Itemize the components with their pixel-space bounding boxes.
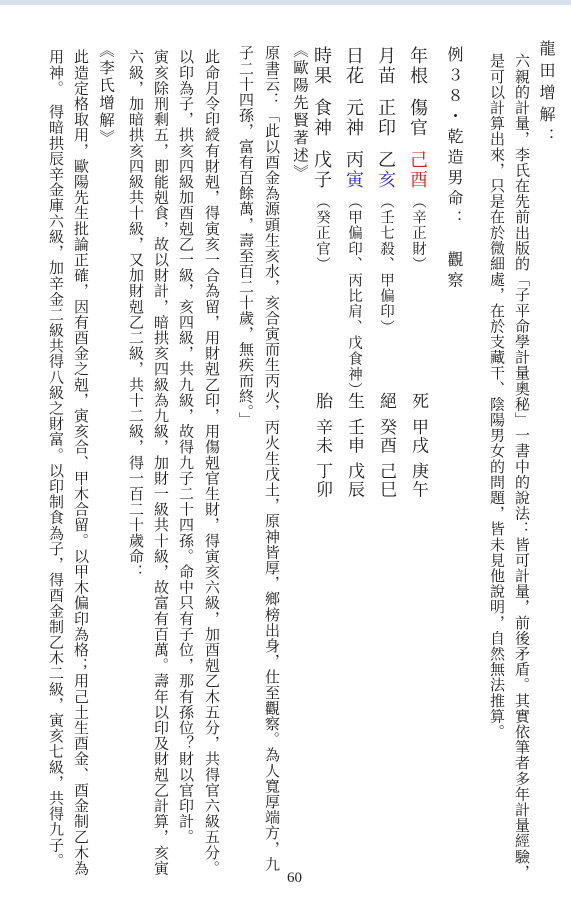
li-paragraph-col-1: 此造定格取用，歐陽先生批論正確，因有酉金之剋，寅亥合、甲木合留。以甲木偏印為格；… <box>68 49 92 876</box>
pillar-month-branch: 亥 <box>376 170 396 190</box>
pillar-year-label: 年根 <box>408 46 428 86</box>
pillar-hour-ganzhi: 戊子 <box>312 150 332 190</box>
section-title-li: 《李氏增解》 <box>93 42 117 147</box>
pillar-month: 月苗正印乙亥（壬七殺、甲偏印） <box>373 46 399 335</box>
intro-paragraph-col-2: 是可以計算出來，只是在於微細處，在於支藏干、陰陽男女的問題，皆未見他說明，自然無… <box>484 53 508 739</box>
stage-day-stage: 生 <box>345 392 364 411</box>
pillar-day-ganzhi: 丙寅 <box>344 150 364 190</box>
pillar-hour-label: 時果 <box>312 46 332 86</box>
pillar-day-label: 日花 <box>344 46 364 86</box>
ouyang-paragraph-col-1: 原書云：「此以酉金為源頭生亥水，亥合寅而生丙火，丙火生戊土，原神皆厚，鄉榜出身，… <box>259 45 283 872</box>
li-paragraph-col-2: 用神。 得暗拱辰辛金庫六級，加辛金二級共得八級之財富。以印制食為子，得酉金制乙木… <box>43 49 67 868</box>
pillar-month-label: 月苗 <box>376 46 396 86</box>
pillar-year: 年根傷官己酉（辛正財） <box>405 46 431 273</box>
stage-month-ganzhi-1: 癸酉 <box>377 418 396 455</box>
stage-hour-ganzhi-1: 辛未 <box>313 418 332 455</box>
stage-row-hour: 胎辛未丁卯 <box>309 392 335 499</box>
pillar-day: 日花元神丙寅（甲偏印、丙比肩、戊食神） <box>341 46 367 398</box>
commentary-col-2: 以印為子，拱亥四級加酉剋乙一級，亥四級，共九級，故得九子二十四孫。命中只有子位，… <box>173 49 197 845</box>
pillar-day-branch: 寅 <box>344 170 364 190</box>
commentary-col-4: 六級，加暗拱亥四級共十級，又加財剋乙二級，共十二級，得一百二十歲命： <box>123 49 147 579</box>
pillar-month-god: 正印 <box>376 98 396 138</box>
commentary-col-1: 此命月令印綬有財剋，得寅亥一合為留，用財剋乙印，用傷剋官生財，得寅亥六級，加酉剋… <box>199 49 223 876</box>
page-number: 60 <box>287 870 302 887</box>
pillar-year-god: 傷官 <box>408 98 428 138</box>
pillar-hour-hidden-stems: （癸正官） <box>314 194 330 273</box>
stage-day-ganzhi-1: 壬申 <box>345 418 364 455</box>
stage-row-day: 生壬申戊辰 <box>341 392 367 499</box>
top-edge-strip <box>0 0 571 5</box>
pillar-month-ganzhi: 乙亥 <box>376 150 396 190</box>
pillar-year-hidden-stems: （辛正財） <box>410 194 426 273</box>
stage-year-stage: 死 <box>409 392 428 411</box>
section-title-ouyang: 《歐陽先賢著述》 <box>287 42 311 182</box>
pillar-hour-branch: 子 <box>312 170 332 190</box>
stage-row-month: 絕癸酉己巳 <box>373 392 399 499</box>
stage-hour-ganzhi-2: 丁卯 <box>313 462 332 499</box>
pillar-day-god: 元神 <box>344 98 364 138</box>
stage-year-ganzhi-2: 庚午 <box>409 462 428 499</box>
pillar-day-stem: 丙 <box>344 150 364 170</box>
pillar-year-ganzhi: 己酉 <box>408 150 428 190</box>
example-38-heading: 例３８・乾造男命： 觀察 <box>441 46 465 292</box>
pillar-year-branch: 酉 <box>408 170 428 190</box>
pillar-year-stem: 己 <box>408 150 428 170</box>
book-page: 龍田增解： 六親的計量，李氏在先前出版的「子平命學計量奧秘」一書中的說法：皆可計… <box>0 0 571 901</box>
pillar-month-hidden-stems: （壬七殺、甲偏印） <box>378 194 394 335</box>
ouyang-paragraph-col-2: 子二十四孫，富有百餘萬，壽至百二十歲，無疾而終。」 <box>233 45 257 428</box>
intro-paragraph-col-1: 六親的計量，李氏在先前出版的「子平命學計量奧秘」一書中的說法：皆可計量，前後矛盾… <box>509 53 533 880</box>
stage-year-ganzhi-1: 甲戌 <box>409 418 428 455</box>
stage-hour-stage: 胎 <box>313 392 332 411</box>
stage-month-stage: 絕 <box>377 392 396 411</box>
pillar-hour-god: 食神 <box>312 98 332 138</box>
section-title-longtian: 龍田增解： <box>533 40 557 150</box>
pillar-month-stem: 乙 <box>376 150 396 170</box>
pillar-day-hidden-stems: （甲偏印、丙比肩、戊食神） <box>346 194 362 398</box>
commentary-col-3: 寅亥除刑剩五，即能剋食，故以財計，暗拱亥四級為九級，加財一級共十級，故富有百萬。… <box>148 49 172 876</box>
stage-day-ganzhi-2: 戊辰 <box>345 462 364 499</box>
stage-row-year: 死甲戌庚午 <box>405 392 431 499</box>
stage-month-ganzhi-2: 己巳 <box>377 462 396 499</box>
pillar-hour-stem: 戊 <box>312 150 332 170</box>
pillar-hour: 時果食神戊子（癸正官） <box>309 46 335 273</box>
